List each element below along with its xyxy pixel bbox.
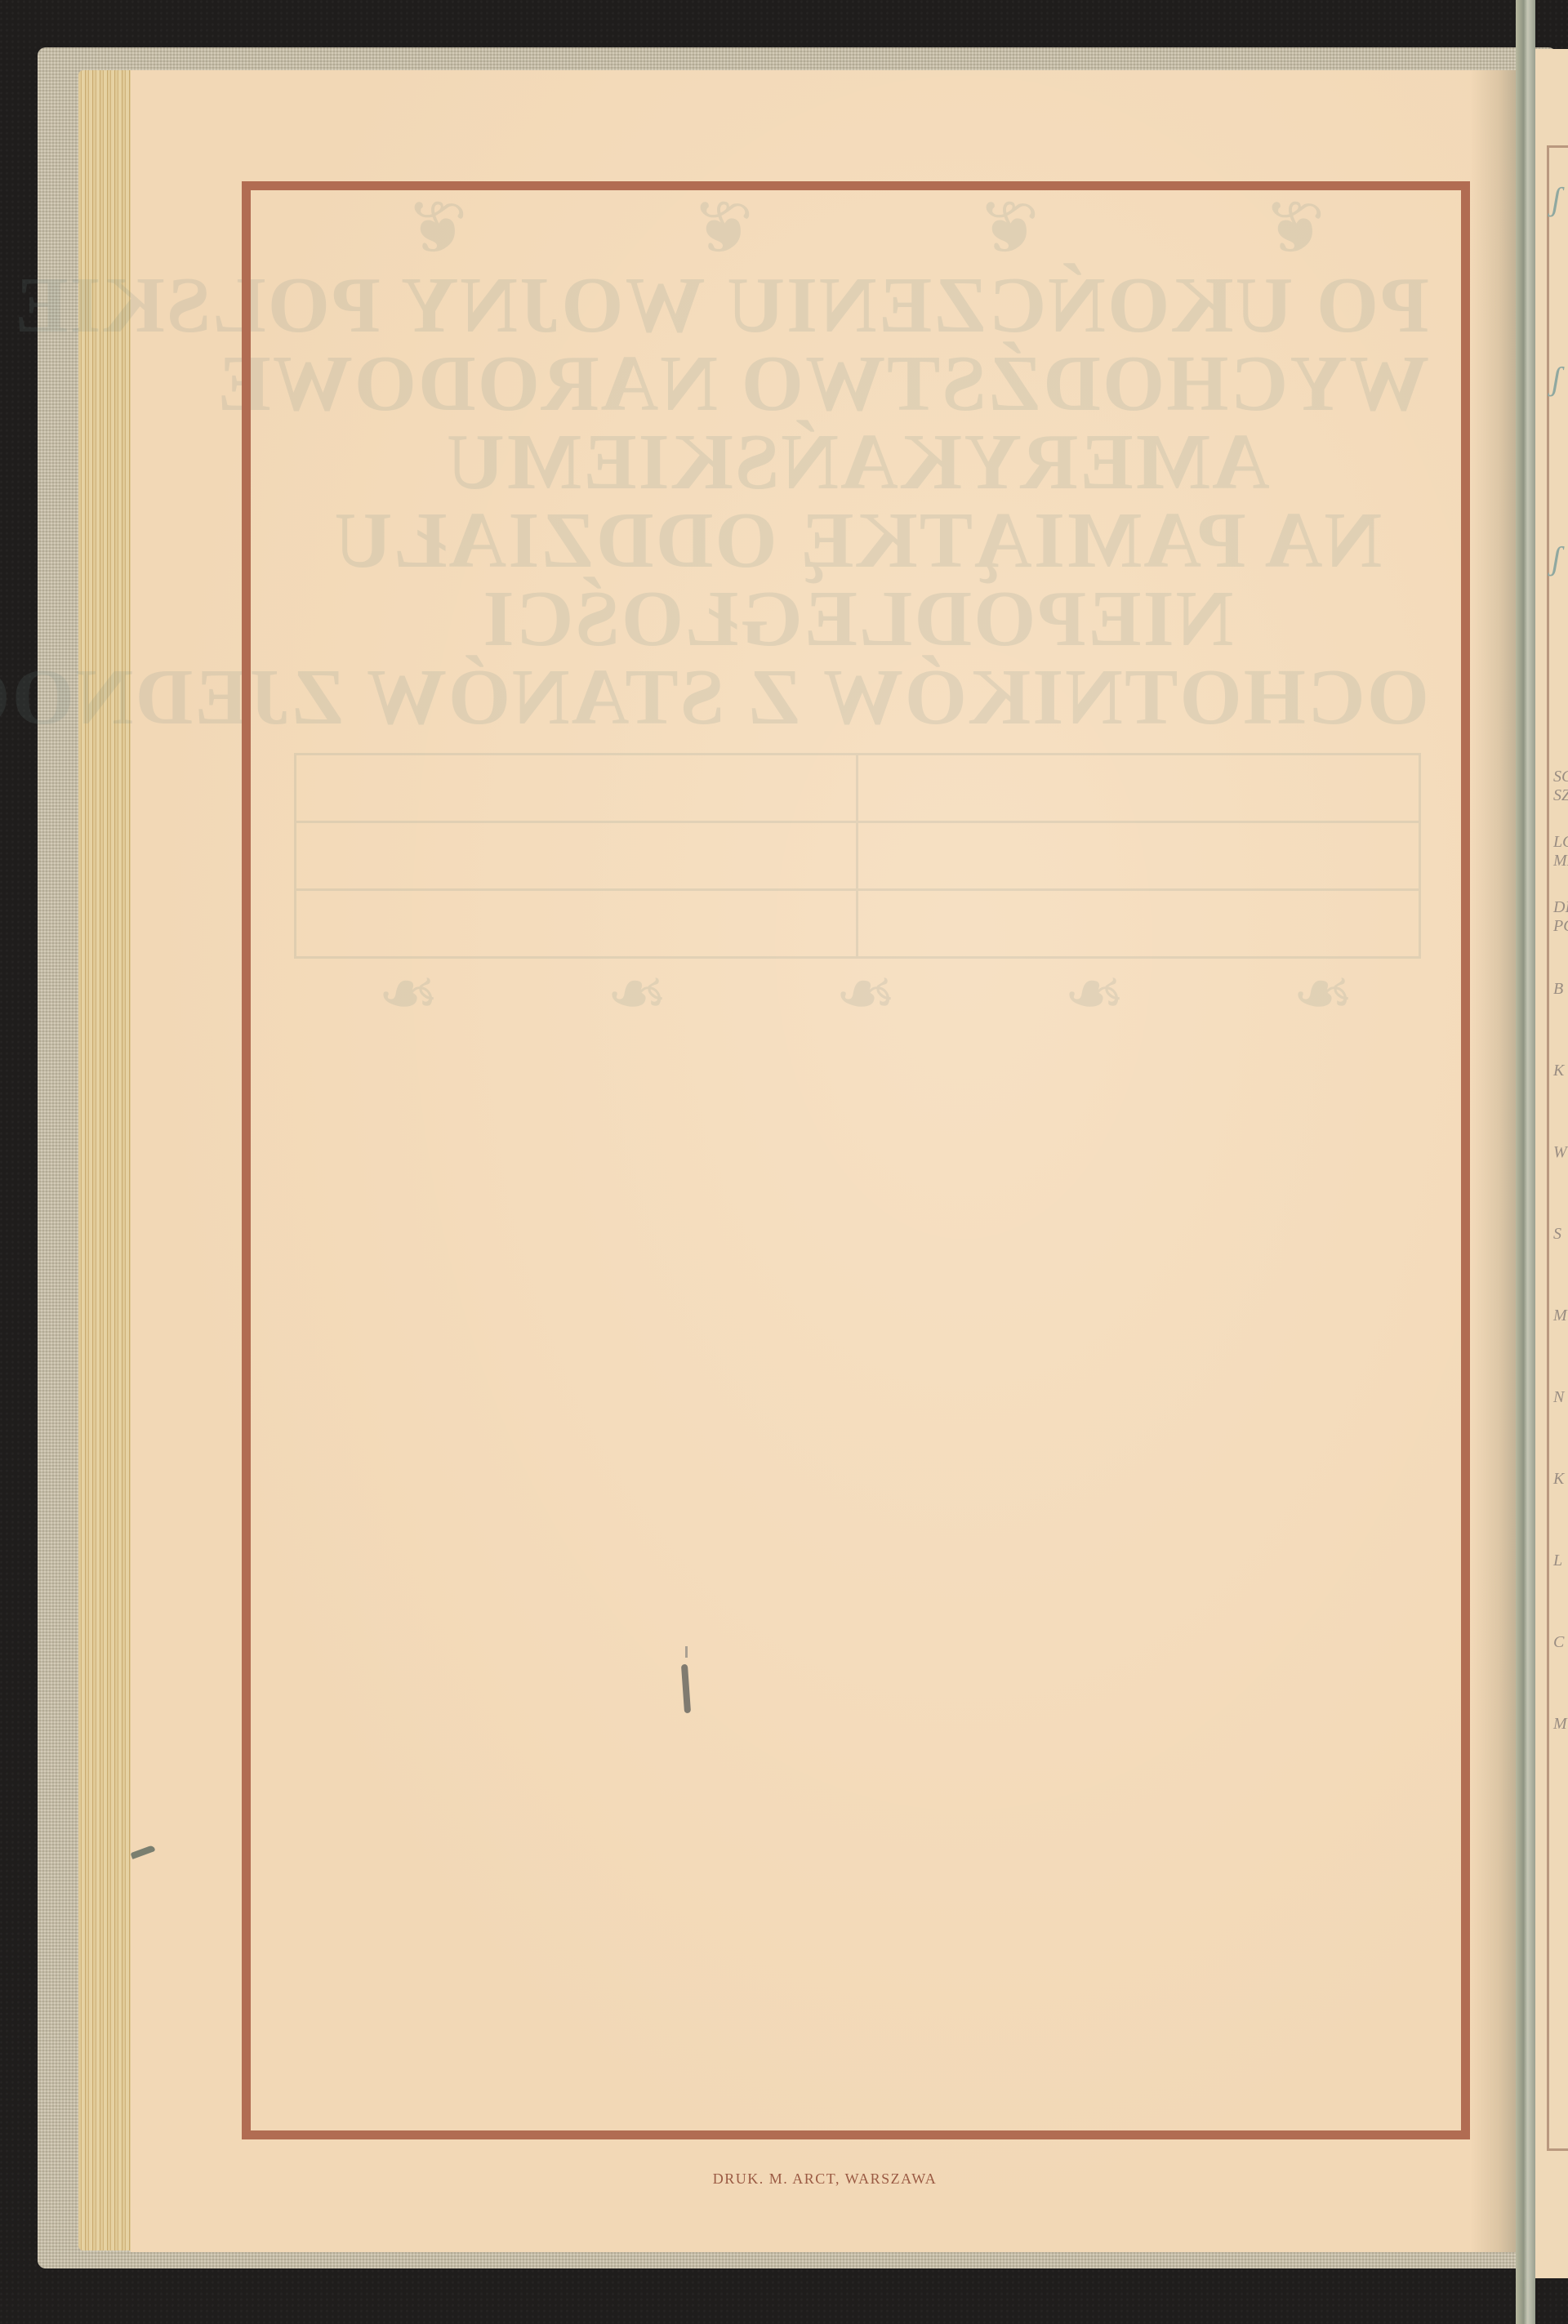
next-page-text: K xyxy=(1553,1062,1564,1080)
gutter-shadow xyxy=(1470,70,1519,2252)
next-page-text: B xyxy=(1553,980,1563,999)
next-page-text: L xyxy=(1553,1552,1562,1570)
next-page-text: S xyxy=(1553,1225,1561,1244)
page-block-edges xyxy=(78,70,136,2251)
next-page-text: M xyxy=(1553,1715,1567,1734)
next-page-text: SCH SZK xyxy=(1553,768,1568,805)
next-page-text: DIS PO xyxy=(1553,898,1568,936)
ornament-icon: ʃ xyxy=(1552,539,1561,577)
next-page-text: N xyxy=(1553,1388,1564,1407)
next-page-text: C xyxy=(1553,1633,1564,1652)
pencil-mark xyxy=(685,1646,688,1658)
ornament-icon: ʃ xyxy=(1552,359,1561,398)
book-page: ❦ ❦ ❦ ❦ PO UKOŃCZENIU WOJNY POLSKIE WYCH… xyxy=(131,70,1519,2252)
next-page-text: W xyxy=(1553,1143,1567,1162)
next-page-text: M xyxy=(1553,1307,1567,1325)
page-edge-mark xyxy=(131,1845,156,1859)
next-page-text: LO MI xyxy=(1553,833,1568,870)
ornament-icon: ʃ xyxy=(1552,180,1561,218)
printed-frame-border xyxy=(242,181,1470,2139)
next-page-text: K xyxy=(1553,1470,1564,1489)
next-page-strip: ʃ ʃ ʃ SCH SZK LO MI DIS PO B K W S M N K… xyxy=(1535,49,1568,2278)
gutter-gap xyxy=(1516,0,1535,2324)
printer-imprint: DRUK. M. ARCT, WARSZAWA xyxy=(131,2170,1519,2188)
